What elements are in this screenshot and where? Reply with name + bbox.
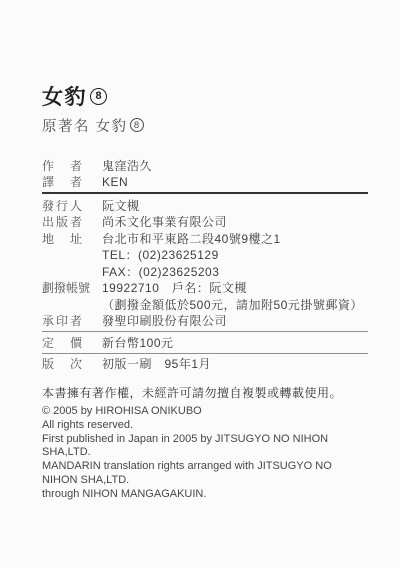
info-value: 台北市和平東路二段40號9樓之1 — [102, 230, 281, 247]
info-label: 版次 — [42, 355, 82, 372]
info-row-printer: 承印者 發聖印刷股份有限公司 — [42, 313, 368, 330]
info-value: TEL：(02)23625129 — [102, 246, 219, 263]
original-title-line: 原著名 女豹8 — [42, 119, 368, 136]
original-title-text: 原著名 女豹 — [42, 119, 128, 135]
info-row-edition: 版次 初版一刷 95年1月 — [42, 356, 368, 373]
info-value: （劃撥金額低於500元，請加附50元掛號郵資） — [102, 296, 363, 313]
book-title-text: 女豹 — [42, 86, 87, 109]
book-title: 女豹8 — [42, 86, 368, 110]
publication-info-table: 作者 鬼窪浩久 譯者 KEN 發行人 阮文槻 出版者 尚禾文化事業有限公司 地址… — [42, 157, 368, 372]
info-label: 劃撥帳號 — [42, 279, 82, 296]
original-volume-number-badge: 8 — [130, 118, 144, 132]
divider-thin — [42, 331, 368, 332]
info-value: 新台幣100元 — [102, 334, 174, 351]
copyright-notice: 本書擁有著作權，未經許可請勿擅自複製或轉載使用。 © 2005 by HIROH… — [42, 385, 368, 502]
info-row-tel: TEL：(02)23625129 — [42, 247, 368, 264]
divider-thin — [42, 353, 368, 354]
info-label: 定價 — [42, 334, 82, 351]
info-value: 19922710 戶名：阮文槻 — [102, 279, 247, 296]
info-value: 鬼窪浩久 — [102, 157, 152, 174]
colophon-content: 女豹8 原著名 女豹8 作者 鬼窪浩久 譯者 KEN 發行人 阮文槻 出版者 尚… — [42, 86, 368, 502]
info-label: 發行人 — [42, 197, 82, 214]
info-row-publisher-company: 出版者 尚禾文化事業有限公司 — [42, 214, 368, 231]
info-value: 初版一刷 95年1月 — [102, 355, 211, 372]
translation-rights-line: MANDARIN translation rights arranged wit… — [42, 460, 368, 488]
info-label: 譯者 — [42, 173, 82, 190]
info-row-price: 定價 新台幣100元 — [42, 334, 368, 351]
info-value: 發聖印刷股份有限公司 — [102, 312, 227, 329]
info-value: KEN — [102, 175, 128, 189]
copyright-year-line: © 2005 by HIROHISA ONIKUBO — [42, 405, 368, 419]
info-row-publisher-person: 發行人 阮文槻 — [42, 197, 368, 214]
info-row-postal-note: （劃撥金額低於500元，請加附50元掛號郵資） — [42, 296, 368, 313]
info-label: 作者 — [42, 157, 82, 174]
volume-number-badge: 8 — [90, 88, 107, 105]
info-row-postal-account: 劃撥帳號 19922710 戶名：阮文槻 — [42, 280, 368, 297]
info-row-author: 作者 鬼窪浩久 — [42, 157, 368, 174]
rights-reserved-line: All rights reserved. — [42, 419, 368, 433]
info-row-translator: 譯者 KEN — [42, 174, 368, 191]
info-row-fax: FAX：(02)23625203 — [42, 263, 368, 280]
info-row-address: 地址 台北市和平東路二段40號9樓之1 — [42, 230, 368, 247]
colophon-page: 女豹8 原著名 女豹8 作者 鬼窪浩久 譯者 KEN 發行人 阮文槻 出版者 尚… — [0, 0, 400, 568]
info-value: FAX：(02)23625203 — [102, 263, 219, 280]
info-label: 承印者 — [42, 312, 82, 329]
copyright-notice-cn: 本書擁有著作權，未經許可請勿擅自複製或轉載使用。 — [42, 385, 368, 401]
original-volume-number: 8 — [134, 117, 139, 134]
first-published-line: First published in Japan in 2005 by JITS… — [42, 433, 368, 461]
volume-number: 8 — [95, 84, 101, 108]
through-agency-line: through NIHON MANGAGAKUIN. — [42, 488, 368, 502]
divider-thick — [42, 192, 368, 194]
info-value: 阮文槻 — [102, 197, 140, 214]
info-label: 地址 — [42, 230, 82, 247]
info-label: 出版者 — [42, 213, 82, 230]
info-value: 尚禾文化事業有限公司 — [102, 213, 227, 230]
